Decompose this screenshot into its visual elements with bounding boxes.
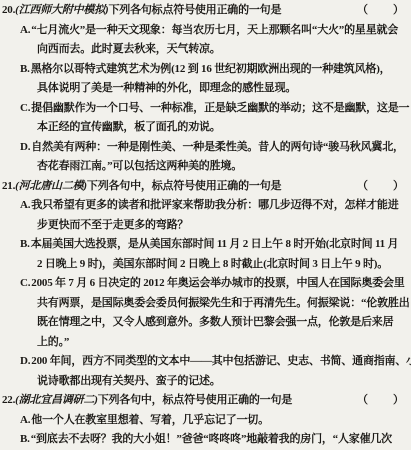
option-text: 我只希望有更多的读者和批评家来帮助我分析：哪几步迈得不对，怎样才能进 (31, 199, 398, 211)
option-21-a-continuation: 步更快而不至于走更多的弯路？ (0, 216, 411, 236)
option-text: 提倡幽默作为一个口号、一种标准，正是缺乏幽默的举动；这不是幽默，这是一 (31, 102, 409, 114)
question-stem: 下列各句中，标点符号使用正确的一句是 (98, 391, 292, 411)
option-22-b: B.“到底去不去呀？我的大小姐！”爸爸“咚咚咚”地敲着我的房门，“人家催几次 (0, 430, 411, 450)
option-20-b: B.黑格尔以哥特式建筑艺术为例(12 到 16 世纪初期欧洲出现的一种建筑风格)… (0, 60, 411, 80)
question-21-header: 21.(河北唐山二模)下列各句中，标点符号使用正确的一句是 （ ） (0, 177, 411, 197)
option-21-b-continuation: 2 日晚上 9 时)，美国东部时间 2 日晚上 8 时截止(北京时间 3 日上午… (0, 255, 411, 275)
question-22: 22.(湖北宜昌调研二)下列各句中，标点符号使用正确的一句是 （ ） A.他一个… (0, 391, 411, 450)
question-20: 20.(江西师大附中模拟)下列各句标点符号使用正确的一句是 （ ） A.“七月流… (0, 1, 411, 177)
option-label: B. (20, 63, 31, 75)
option-label: B. (20, 238, 31, 250)
option-21-b: B.本届美国大选投票，是从美国东部时间 11 月 2 日上午 8 时开始(北京时… (0, 235, 411, 255)
question-source: (江西师大附中模拟) (15, 1, 108, 21)
option-20-a-continuation: 向西而去。此时夏去秋来，天气转凉。 (0, 40, 411, 60)
answer-bracket: （ ） (357, 1, 411, 21)
question-source: (湖北宜昌调研二) (15, 391, 98, 411)
option-label: B. (20, 433, 31, 445)
option-label: D. (20, 355, 31, 367)
option-21-d-continuation: 说诗歌都出现有关契丹、蛮子的记述。 (0, 372, 411, 392)
option-text: 自然美有两种：一种是刚性美、一种是柔性美。昔人的两句诗“骏马秋风冀北， (31, 141, 404, 153)
option-20-d-continuation: 杏花春雨江南。”可以包括这两种美的胜境。 (0, 157, 411, 177)
option-20-a: A.“七月流火”是一种天文现象：每当农历七月，天上那颗名叫“大火”的星星就会 (0, 21, 411, 41)
option-22-a: A.他一个人在教室里想着、写着，几乎忘记了一切。 (0, 411, 411, 431)
option-21-c-continuation: 共有两票，是国际奥委会委员何振梁先生和于再清先生。何振梁说：“伦敦胜出 (0, 294, 411, 314)
question-20-header: 20.(江西师大附中模拟)下列各句标点符号使用正确的一句是 （ ） (0, 1, 411, 21)
option-20-c: C.提倡幽默作为一个口号、一种标准，正是缺乏幽默的举动；这不是幽默，这是一 (0, 99, 411, 119)
option-label: A. (20, 24, 31, 36)
option-text: “七月流火”是一种天文现象：每当农历七月，天上那颗名叫“大火”的星星就会 (31, 24, 398, 36)
question-stem: 下列各句标点符号使用正确的一句是 (108, 1, 281, 21)
answer-bracket: （ ） (357, 177, 411, 197)
exam-page: 20.(江西师大附中模拟)下列各句标点符号使用正确的一句是 （ ） A.“七月流… (0, 0, 411, 450)
option-label: A. (20, 199, 31, 211)
option-21-a: A.我只希望有更多的读者和批评家来帮助我分析：哪几步迈得不对，怎样才能进 (0, 196, 411, 216)
option-21-c-continuation: 既在情理之中，又令人感到意外。多数人预计巴黎会强一点，伦敦是后来居 (0, 313, 411, 333)
question-number: 20. (2, 1, 15, 21)
option-text: 黑格尔以哥特式建筑艺术为例(12 到 16 世纪初期欧洲出现的一种建筑风格)， (31, 63, 391, 75)
option-20-d: D.自然美有两种：一种是刚性美、一种是柔性美。昔人的两句诗“骏马秋风冀北， (0, 138, 411, 158)
option-21-c-continuation: 上的。” (0, 333, 411, 353)
option-label: D. (20, 141, 31, 153)
answer-bracket: （ ） (357, 391, 411, 411)
option-text: 2005 年 7 月 6 日决定的 2012 年奥运会举办城市的投票，中国人在国… (31, 277, 404, 289)
option-20-b-continuation: 具体说明了美是一种精神的外化，即理念的感性显现。 (0, 79, 411, 99)
question-source: (河北唐山二模) (15, 177, 87, 197)
question-22-header: 22.(湖北宜昌调研二)下列各句中，标点符号使用正确的一句是 （ ） (0, 391, 411, 411)
option-text: 200 年间，西方不同类型的文本中——其中包括游记、史志、书简、通商指南、小 (31, 355, 411, 367)
option-21-d: D.200 年间，西方不同类型的文本中——其中包括游记、史志、书简、通商指南、小 (0, 352, 411, 372)
option-text: 本届美国大选投票，是从美国东部时间 11 月 2 日上午 8 时开始(北京时间 … (31, 238, 399, 250)
question-stem: 下列各句中，标点符号使用正确的一句是 (87, 177, 281, 197)
option-label: C. (20, 102, 31, 114)
option-label: A. (20, 414, 31, 426)
option-label: C. (20, 277, 31, 289)
option-21-c: C.2005 年 7 月 6 日决定的 2012 年奥运会举办城市的投票，中国人… (0, 274, 411, 294)
option-20-c-continuation: 本正经的宣传幽默，板了面孔的劝说。 (0, 118, 411, 138)
question-number: 21. (2, 177, 15, 197)
question-21: 21.(河北唐山二模)下列各句中，标点符号使用正确的一句是 （ ） A.我只希望… (0, 177, 411, 392)
question-number: 22. (2, 391, 15, 411)
option-text: 他一个人在教室里想着、写着，几乎忘记了一切。 (31, 414, 269, 426)
option-text: “到底去不去呀？我的大小姐！”爸爸“咚咚咚”地敲着我的房门，“人家催几次 (31, 433, 392, 445)
